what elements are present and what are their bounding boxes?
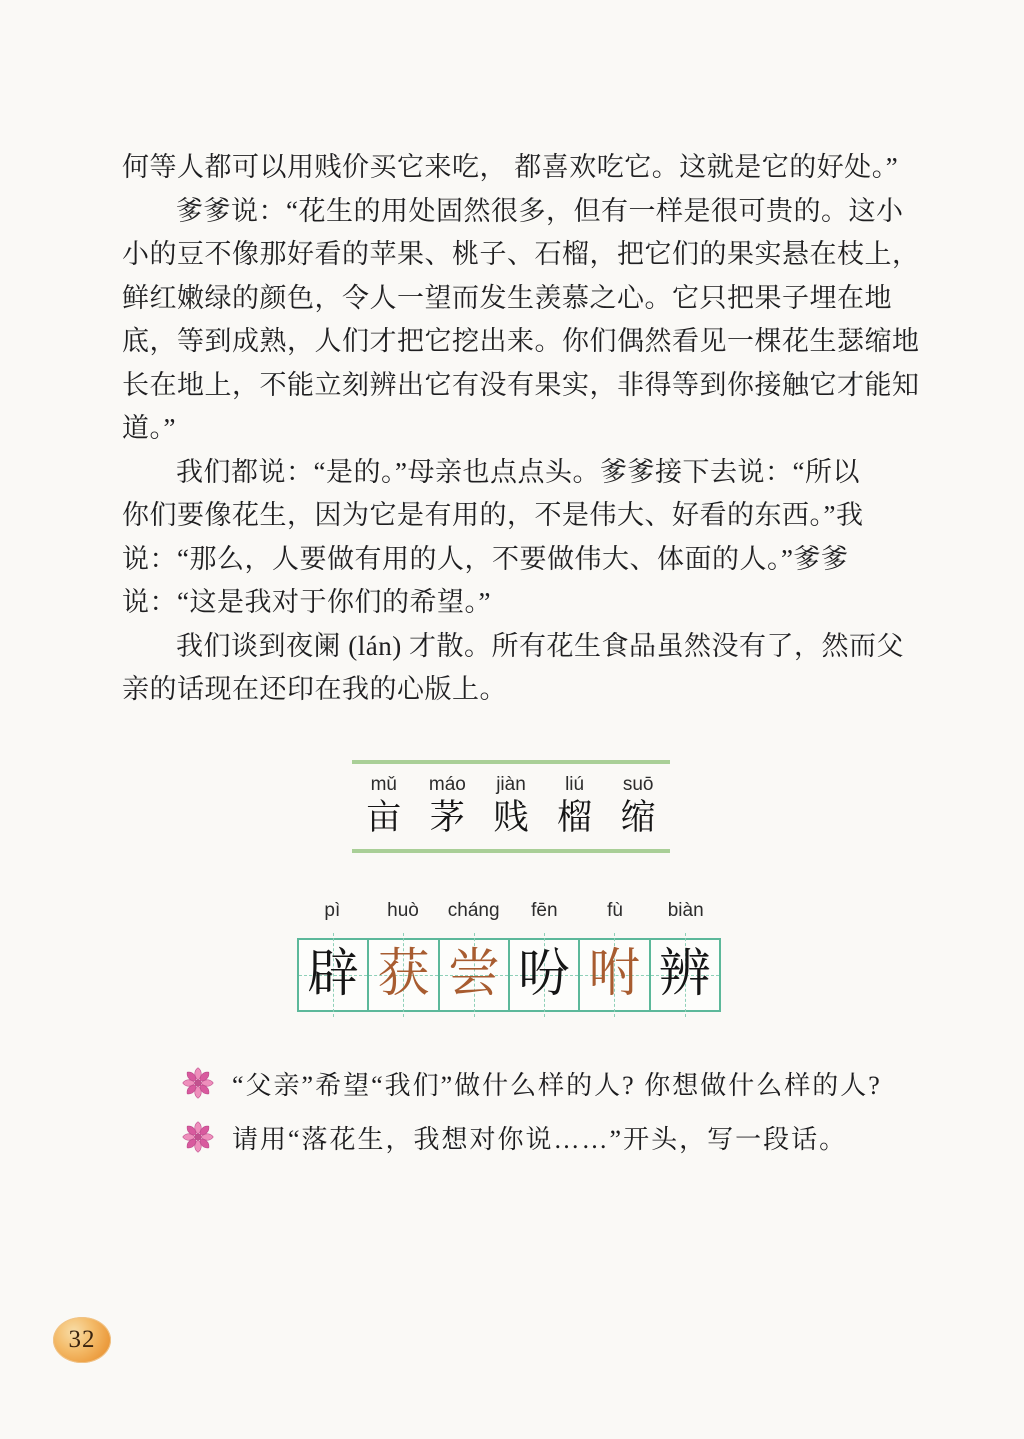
vocab1-entry: mǔ 亩 bbox=[352, 773, 416, 839]
flower-bullet-icon bbox=[180, 1064, 216, 1102]
pinyin-label: fēn bbox=[509, 900, 580, 922]
hanzi-character: 亩 bbox=[352, 797, 416, 839]
hanzi-character: 茅 bbox=[416, 797, 480, 839]
body-line: 说：“那么，人要做有用的人，不要做伟大、体面的人。”爹爹 bbox=[122, 538, 908, 582]
textbook-page: 何等人都可以用贱价买它来吃， 都喜欢吃它。这就是它的好处。” 爹爹说：“花生的用… bbox=[0, 0, 1024, 1439]
pinyin-label: fù bbox=[580, 900, 651, 922]
writing-grid-cell: 吩 bbox=[510, 940, 580, 1010]
hanzi-character: 获 bbox=[377, 949, 429, 1001]
page-number-badge: 32 bbox=[53, 1317, 111, 1363]
body-line: 长在地上，不能立刻辨出它有没有果实，非得等到你接触它才能知 bbox=[122, 364, 908, 408]
vocab1-entry: suō 缩 bbox=[606, 773, 670, 839]
body-line: 道。” bbox=[122, 407, 908, 451]
vocab1-entry: liú 榴 bbox=[543, 773, 607, 839]
writing-grid-cell: 辨 bbox=[651, 940, 719, 1010]
pinyin-label: jiàn bbox=[479, 773, 543, 797]
writing-grid-cell: 尝 bbox=[440, 940, 510, 1010]
hanzi-character: 尝 bbox=[448, 949, 500, 1001]
body-line: 何等人都可以用贱价买它来吃， 都喜欢吃它。这就是它的好处。” bbox=[122, 146, 908, 190]
hanzi-character: 贱 bbox=[479, 797, 543, 839]
hanzi-character: 辟 bbox=[307, 949, 359, 1001]
hanzi-character: 缩 bbox=[606, 797, 670, 839]
writing-grid-cell: 咐 bbox=[580, 940, 650, 1010]
hanzi-character: 榴 bbox=[543, 797, 607, 839]
vocab1-entry: jiàn 贱 bbox=[479, 773, 543, 839]
body-line: 我们谈到夜阑 (lán) 才散。所有花生食品虽然没有了，然而父 bbox=[122, 625, 908, 669]
body-line: 底，等到成熟，人们才把它挖出来。你们偶然看见一棵花生瑟缩地 bbox=[122, 320, 908, 364]
body-line: 爹爹说：“花生的用处固然很多，但有一样是很可贵的。这小 bbox=[122, 190, 908, 234]
hanzi-character: 咐 bbox=[588, 949, 640, 1001]
question-text: “父亲”希望“我们”做什么样的人? 你想做什么样的人? bbox=[232, 1065, 882, 1102]
writing-grid-cell: 辟 bbox=[299, 940, 369, 1010]
body-line: 说：“这是我对于你们的希望。” bbox=[122, 581, 908, 625]
body-line: 我们都说：“是的。”母亲也点点头。爹爹接下去说：“所以 bbox=[122, 451, 908, 495]
pinyin-label: huò bbox=[368, 900, 439, 922]
hanzi-character: 辨 bbox=[659, 949, 711, 1001]
page-number: 32 bbox=[69, 1326, 96, 1354]
body-line: 你们要像花生，因为它是有用的，不是伟大、好看的东西。”我 bbox=[122, 494, 908, 538]
vocab-list-recognize: mǔ 亩 máo 茅 jiàn 贱 liú 榴 suō 缩 bbox=[352, 760, 670, 853]
vocab-grid-pinyin-row: pì huò cháng fēn fù biàn bbox=[297, 900, 721, 922]
question-item: 请用“落花生，我想对你说……”开头，写一段话。 bbox=[180, 1118, 940, 1156]
exercise-questions: “父亲”希望“我们”做什么样的人? 你想做什么样的人? 请用“落花生，我想对你说… bbox=[180, 1064, 940, 1172]
pinyin-label: cháng bbox=[438, 900, 509, 922]
vocab1-entry: máo 茅 bbox=[416, 773, 480, 839]
pinyin-label: máo bbox=[416, 773, 480, 797]
pinyin-label: mǔ bbox=[352, 773, 416, 797]
body-line: 小的豆不像那好看的苹果、桃子、石榴，把它们的果实悬在枝上， bbox=[122, 233, 908, 277]
character-writing-grid: 辟 获 尝 吩 咐 辨 bbox=[297, 938, 721, 1012]
flower-bullet-icon bbox=[180, 1118, 216, 1156]
pinyin-label: suō bbox=[606, 773, 670, 797]
lesson-body-text: 何等人都可以用贱价买它来吃， 都喜欢吃它。这就是它的好处。” 爹爹说：“花生的用… bbox=[122, 146, 908, 712]
pinyin-label: liú bbox=[543, 773, 607, 797]
hanzi-character: 吩 bbox=[518, 949, 570, 1001]
vocab1-row: mǔ 亩 máo 茅 jiàn 贱 liú 榴 suō 缩 bbox=[352, 773, 670, 839]
question-item: “父亲”希望“我们”做什么样的人? 你想做什么样的人? bbox=[180, 1064, 940, 1102]
body-line: 亲的话现在还印在我的心版上。 bbox=[122, 668, 908, 712]
body-line: 鲜红嫩绿的颜色，令人一望而发生羡慕之心。它只把果子埋在地 bbox=[122, 277, 908, 321]
question-text: 请用“落花生，我想对你说……”开头，写一段话。 bbox=[232, 1119, 847, 1156]
pinyin-label: pì bbox=[297, 900, 368, 922]
pinyin-label: biàn bbox=[650, 900, 721, 922]
writing-grid-cell: 获 bbox=[369, 940, 439, 1010]
